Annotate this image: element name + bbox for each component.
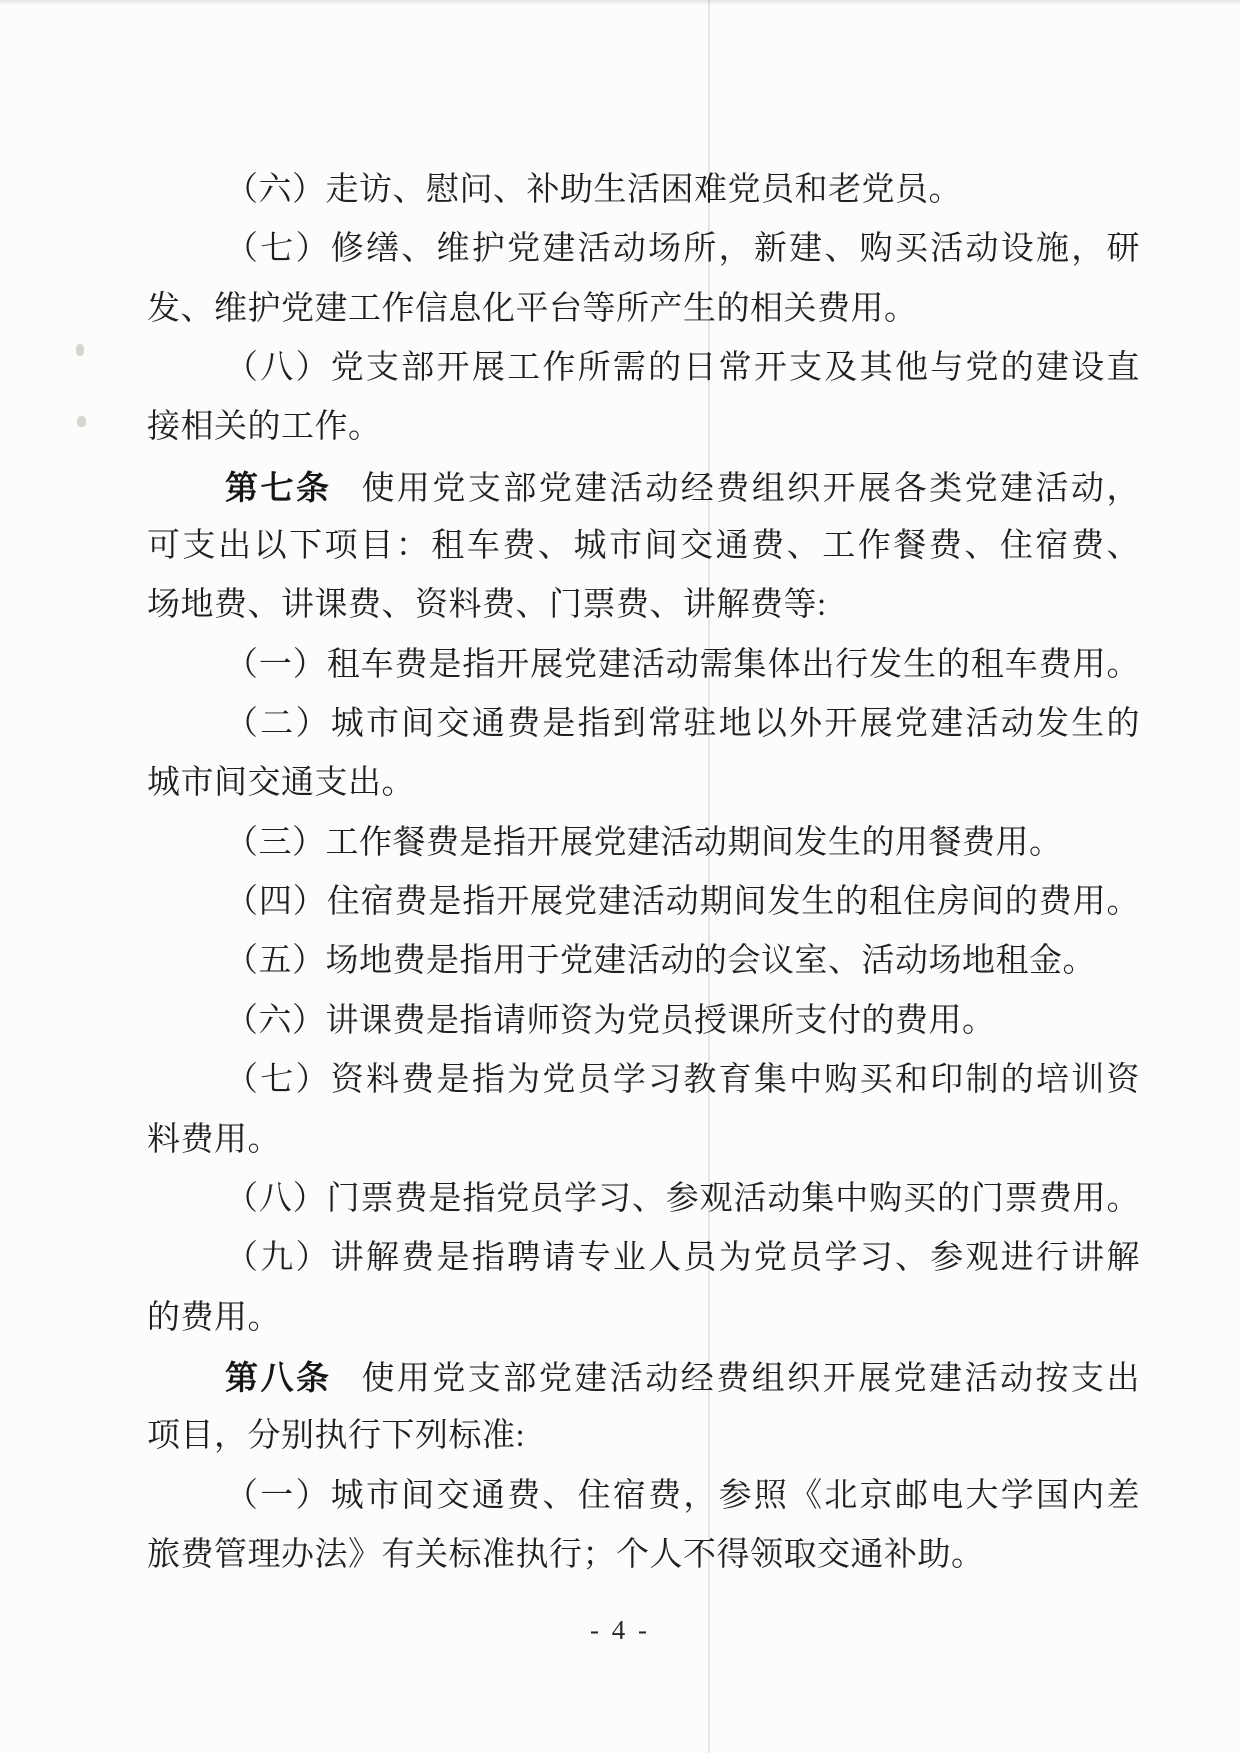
line-text: （六）走访、慰问、补助生活困难党员和老党员。 bbox=[225, 172, 962, 208]
line-text: 项目，分别执行下列标准: bbox=[147, 1418, 525, 1454]
text-line: 第七条使用党支部党建活动经费组织开展各类党建活动， bbox=[147, 458, 1140, 517]
line-text: （一）城市间交通费、住宿费，参照《北京邮电大学国内差 bbox=[225, 1478, 1140, 1514]
text-line: 料费用。 bbox=[147, 1111, 1140, 1170]
text-line: 第八条使用党支部党建活动经费组织开展党建活动按支出 bbox=[147, 1348, 1140, 1407]
line-text: （四）住宿费是指开展党建活动期间发生的租住房间的费用。 bbox=[225, 884, 1140, 920]
line-text: （三）工作餐费是指开展党建活动期间发生的用餐费用。 bbox=[225, 825, 1063, 861]
text-line: 接相关的工作。 bbox=[147, 398, 1140, 457]
text-line: 场地费、讲课费、资料费、门票费、讲解费等: bbox=[147, 576, 1140, 635]
line-text: （八）党支部开展工作所需的日常开支及其他与党的建设直 bbox=[225, 350, 1140, 386]
line-text: 料费用。 bbox=[147, 1122, 281, 1158]
line-text: （二）城市间交通费是指到常驻地以外开展党建活动发生的 bbox=[225, 706, 1140, 742]
line-text: （六）讲课费是指请师资为党员授课所支付的费用。 bbox=[225, 1003, 996, 1039]
text-line: 发、维护党建工作信息化平台等所产生的相关费用。 bbox=[147, 280, 1140, 339]
line-text: 发、维护党建工作信息化平台等所产生的相关费用。 bbox=[147, 291, 918, 327]
text-line: 可支出以下项目：租车费、城市间交通费、工作餐费、住宿费、 bbox=[147, 517, 1140, 576]
document-body: （六）走访、慰问、补助生活困难党员和老党员。（七）修缮、维护党建活动场所，新建、… bbox=[147, 161, 1140, 1585]
article-heading: 第七条 bbox=[225, 469, 331, 506]
text-line: （一）租车费是指开展党建活动需集体出行发生的租车费用。 bbox=[147, 636, 1140, 695]
line-text: （九）讲解费是指聘请专业人员为党员学习、参观进行讲解 bbox=[225, 1240, 1140, 1276]
text-line: （二）城市间交通费是指到常驻地以外开展党建活动发生的 bbox=[147, 695, 1140, 754]
text-line: 旅费管理办法》有关标准执行；个人不得领取交通补助。 bbox=[147, 1526, 1140, 1585]
line-text: （八）门票费是指党员学习、参观活动集中购买的门票费用。 bbox=[225, 1181, 1140, 1217]
line-text: 使用党支部党建活动经费组织开展党建活动按支出 bbox=[361, 1361, 1140, 1397]
line-text: （五）场地费是指用于党建活动的会议室、活动场地租金。 bbox=[225, 943, 1096, 979]
line-text: （一）租车费是指开展党建活动需集体出行发生的租车费用。 bbox=[225, 647, 1140, 683]
line-text: 接相关的工作。 bbox=[147, 409, 382, 445]
text-line: 城市间交通支出。 bbox=[147, 754, 1140, 813]
line-text: （七）修缮、维护党建活动场所，新建、购买活动设施，研 bbox=[225, 231, 1140, 267]
line-text: 的费用。 bbox=[147, 1300, 281, 1336]
text-line: （七）修缮、维护党建活动场所，新建、购买活动设施，研 bbox=[147, 220, 1140, 279]
scanned-document-page: （六）走访、慰问、补助生活困难党员和老党员。（七）修缮、维护党建活动场所，新建、… bbox=[0, 0, 1240, 1753]
article-heading: 第八条 bbox=[225, 1359, 331, 1396]
text-line: （六）走访、慰问、补助生活困难党员和老党员。 bbox=[147, 161, 1140, 220]
text-line: （六）讲课费是指请师资为党员授课所支付的费用。 bbox=[147, 992, 1140, 1051]
text-line: （九）讲解费是指聘请专业人员为党员学习、参观进行讲解 bbox=[147, 1229, 1140, 1288]
text-line: （八）门票费是指党员学习、参观活动集中购买的门票费用。 bbox=[147, 1170, 1140, 1229]
scan-speck bbox=[76, 344, 84, 356]
text-line: （一）城市间交通费、住宿费，参照《北京邮电大学国内差 bbox=[147, 1467, 1140, 1526]
scan-speck bbox=[77, 416, 86, 427]
text-line: 项目，分别执行下列标准: bbox=[147, 1407, 1140, 1466]
line-text: 可支出以下项目：租车费、城市间交通费、工作餐费、住宿费、 bbox=[147, 528, 1140, 564]
page-number: - 4 - bbox=[0, 1615, 1240, 1646]
text-line: （七）资料费是指为党员学习教育集中购买和印制的培训资 bbox=[147, 1051, 1140, 1110]
text-line: （八）党支部开展工作所需的日常开支及其他与党的建设直 bbox=[147, 339, 1140, 398]
text-line: 的费用。 bbox=[147, 1289, 1140, 1348]
line-text: 场地费、讲课费、资料费、门票费、讲解费等: bbox=[147, 587, 827, 623]
text-line: （五）场地费是指用于党建活动的会议室、活动场地租金。 bbox=[147, 932, 1140, 991]
scan-edge-shadow bbox=[0, 0, 1240, 5]
line-text: （七）资料费是指为党员学习教育集中购买和印制的培训资 bbox=[225, 1062, 1140, 1098]
text-line: （四）住宿费是指开展党建活动期间发生的租住房间的费用。 bbox=[147, 873, 1140, 932]
line-text: 使用党支部党建活动经费组织开展各类党建活动， bbox=[361, 471, 1140, 507]
line-text: 旅费管理办法》有关标准执行；个人不得领取交通补助。 bbox=[147, 1537, 985, 1573]
line-text: 城市间交通支出。 bbox=[147, 765, 415, 801]
text-line: （三）工作餐费是指开展党建活动期间发生的用餐费用。 bbox=[147, 814, 1140, 873]
